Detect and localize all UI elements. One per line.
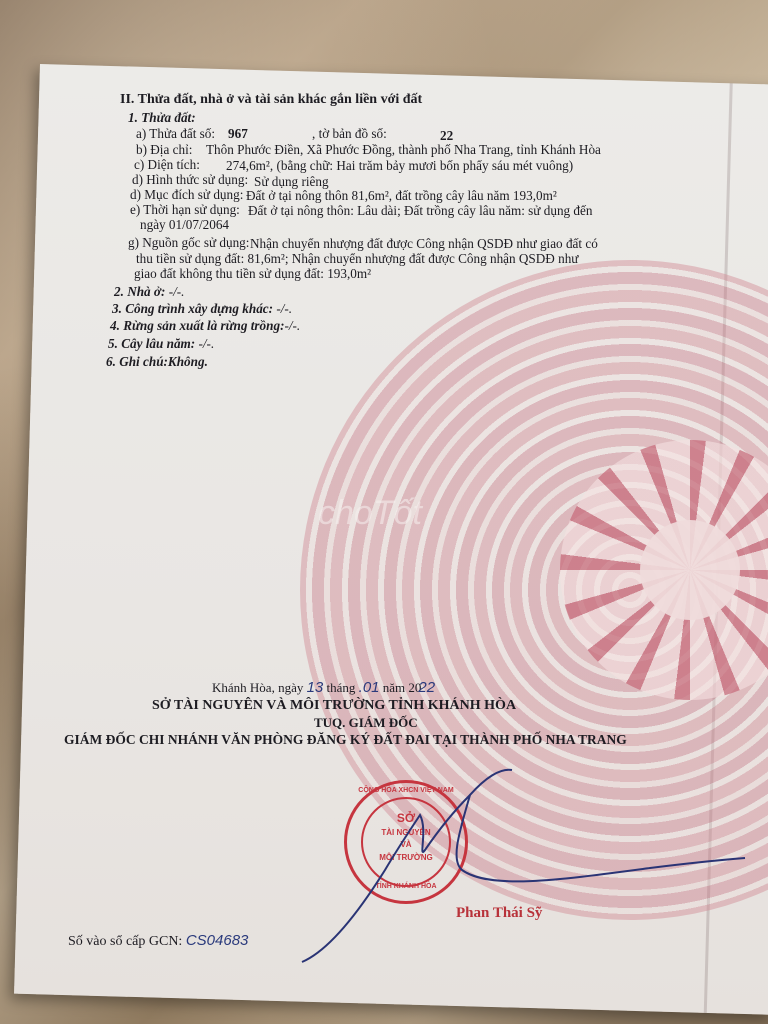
signer-name: Phan Thái Sỹ	[456, 905, 542, 922]
registry-number: Số vào sổ cấp GCN: CS04683	[68, 933, 248, 949]
handwritten-signature	[0, 0, 768, 1024]
